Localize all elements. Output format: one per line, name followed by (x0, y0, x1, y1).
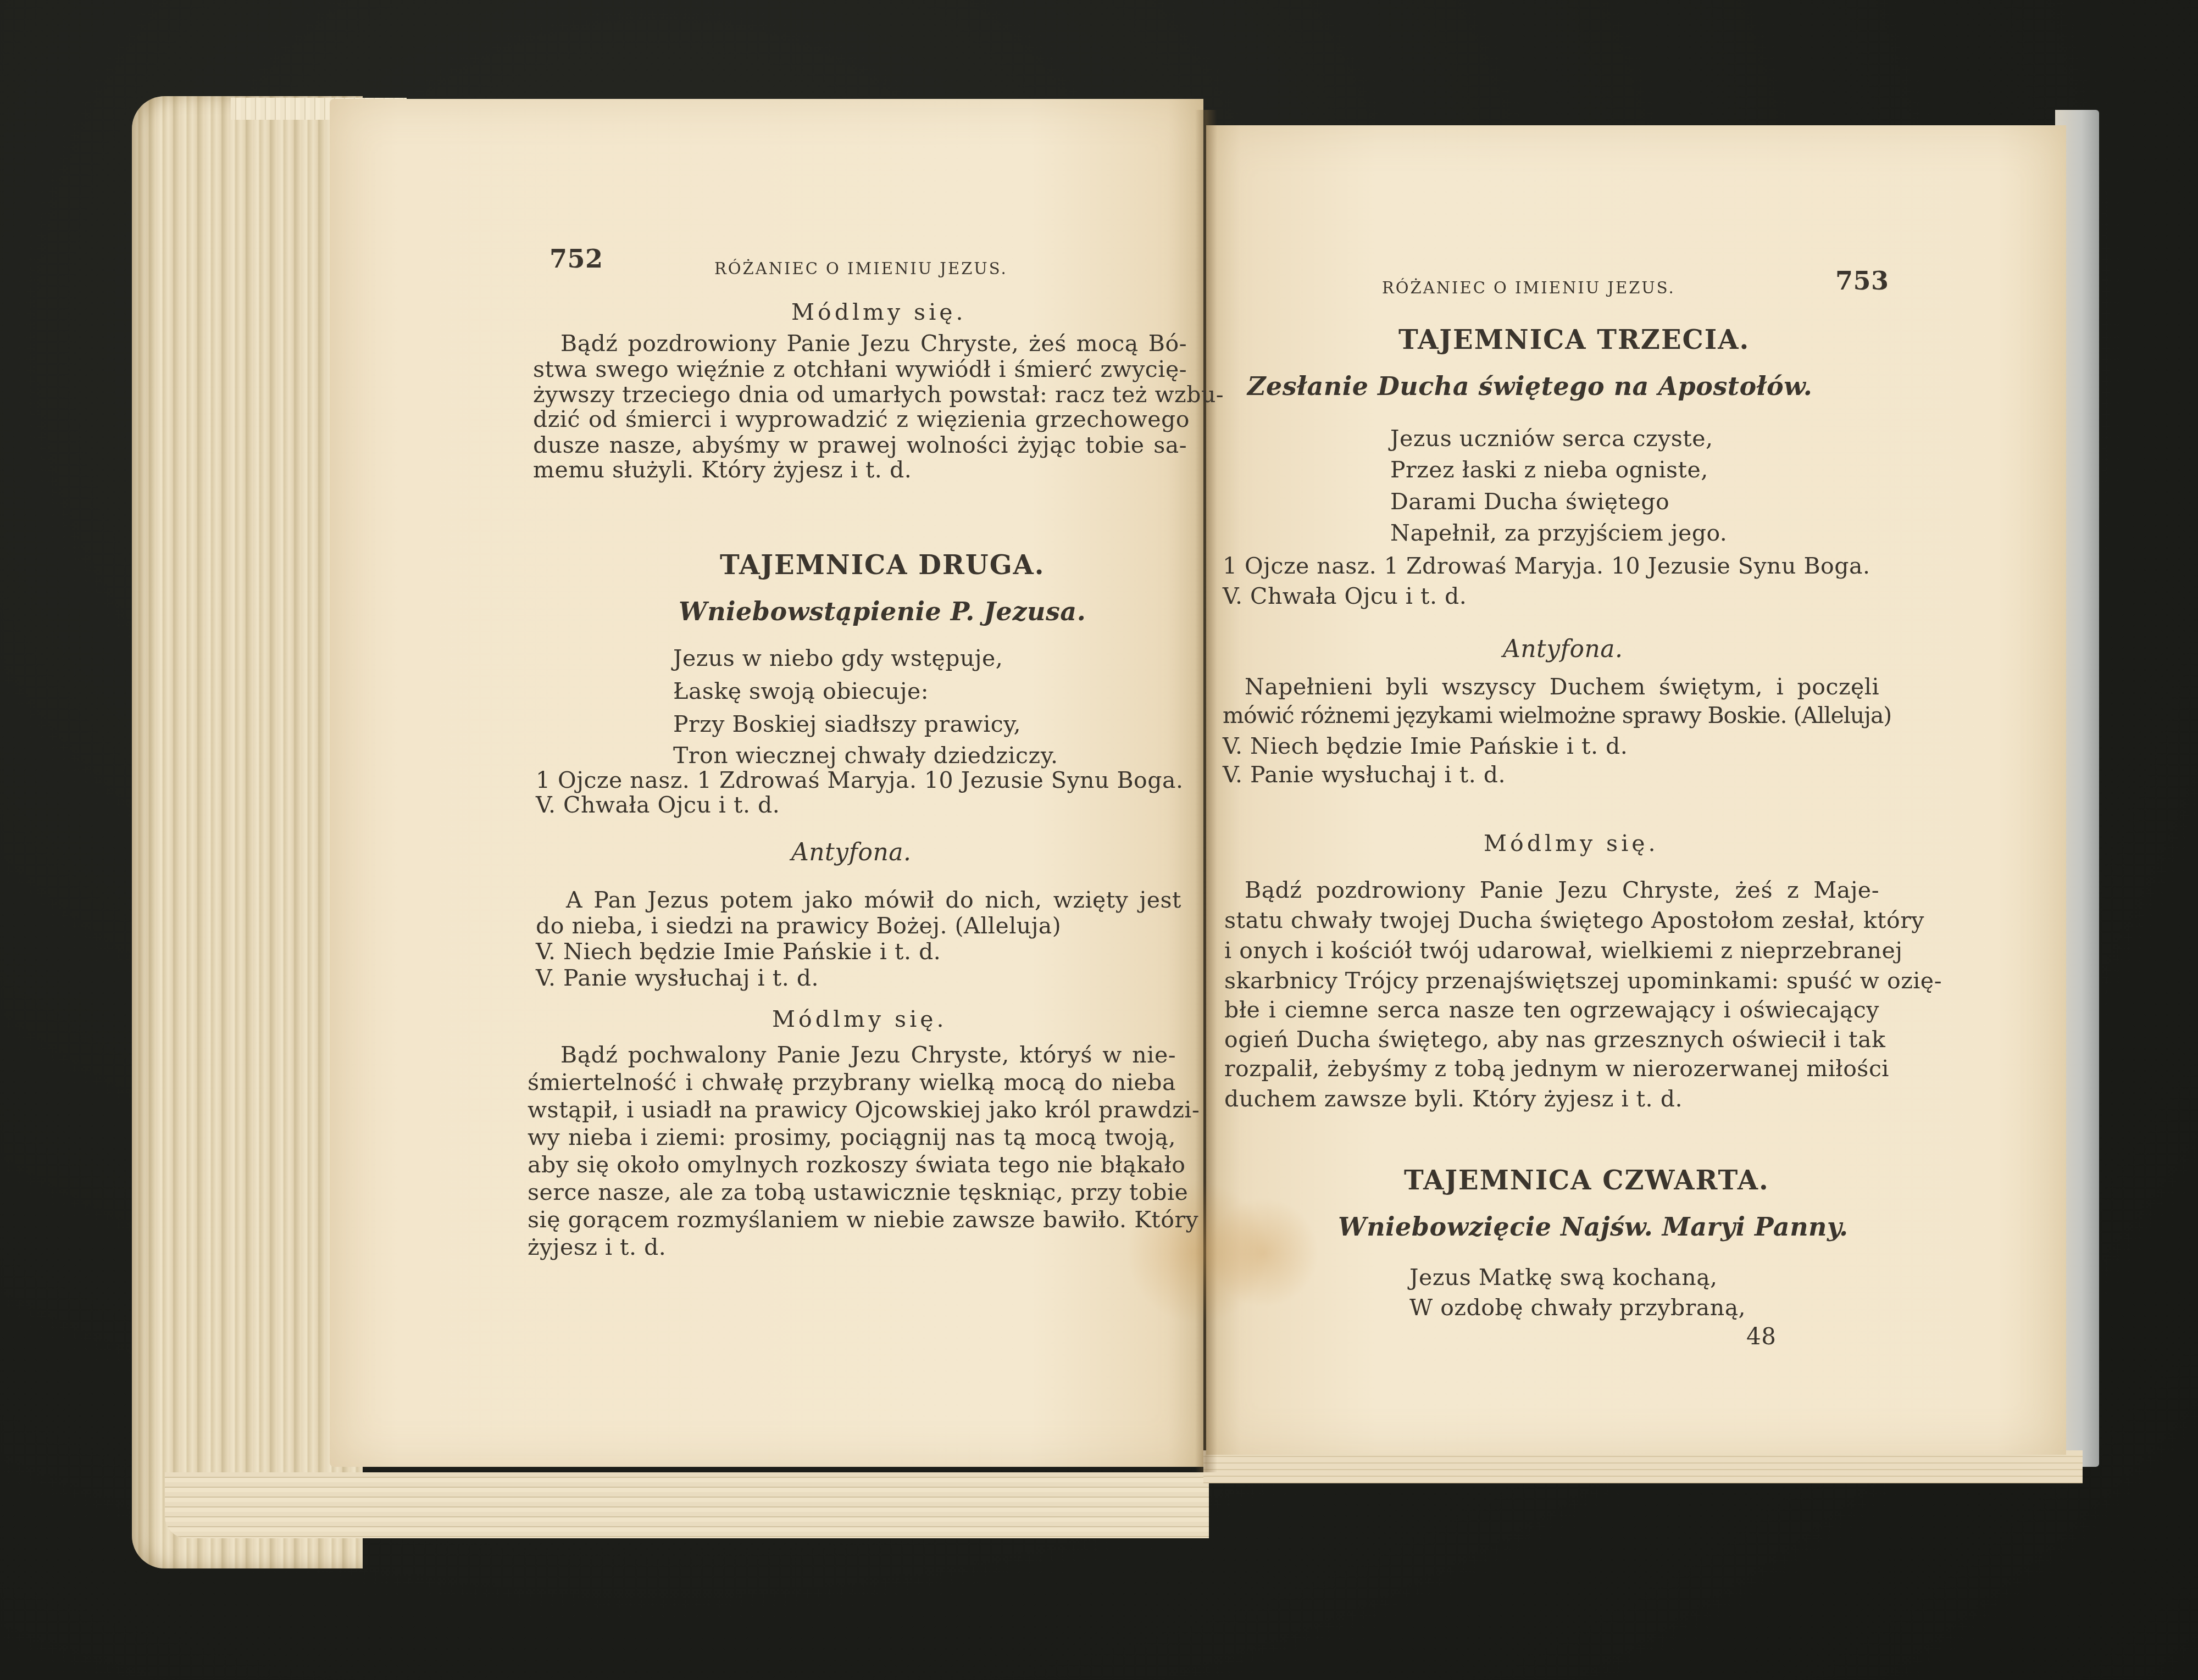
page-number-left: 752 (549, 246, 603, 271)
prayer-heading: Módlmy się. (791, 301, 967, 324)
running-header-right: RÓŻANIEC O IMIENIU JEZUS. (1382, 280, 1675, 296)
mystery-subtitle: Wniebowstąpienie P. Jezusa. (679, 599, 1086, 624)
prayer-line: memu służyli. Który żyjesz i t. d. (533, 459, 912, 481)
verse-line: Darami Ducha świętego (1390, 491, 1669, 513)
mystery-title: TAJEMNICA DRUGA. (720, 552, 1045, 578)
mystery-title: TAJEMNICA TRZECIA. (1398, 327, 1750, 353)
antiphon-line: Napełnieni byli wszyscy Duchem świętym, … (1245, 676, 1879, 698)
prayer-line: Bądź pozdrowiony Panie Jezu Chryste, żeś… (560, 332, 1187, 355)
prayer-line: rozpalił, żebyśmy z tobą jednym w nieroz… (1224, 1058, 1879, 1080)
versicle-line: V. Panie wysłuchaj i t. d. (1223, 764, 1506, 786)
running-header-left: RÓŻANIEC O IMIENIU JEZUS. (714, 261, 1008, 277)
prayer-heading: Módlmy się. (772, 1008, 947, 1031)
prayer-line: się gorącem rozmyślaniem w niebie zawsze… (528, 1209, 1176, 1231)
next-mystery-title: TAJEMNICA CZWARTA. (1404, 1167, 1769, 1194)
prayer-line: skarbnicy Trójcy przenajświętszej upomin… (1224, 970, 1879, 992)
antiphon-line: A Pan Jezus potem jako mówił do nich, wz… (566, 889, 1181, 911)
antiphon-heading: Antyfona. (1503, 637, 1623, 661)
prayer-line: dzić od śmierci i wyprowadzić z więzieni… (533, 408, 1190, 431)
right-page-stack-bottom-edge (1203, 1450, 2083, 1483)
versicle-line: V. Niech będzie Imie Pańskie i t. d. (536, 941, 941, 963)
prayer-line: ogień Ducha świętego, aby nas grzesznych… (1224, 1028, 1879, 1051)
verse-line: Jezus w niebo gdy wstępuje, (673, 647, 1003, 670)
prayer-line: dusze nasze, abyśmy w prawej wolności ży… (533, 434, 1187, 457)
left-page-stack-fore-edge (132, 96, 363, 1568)
verse-line: Jezus uczniów serca czyste, (1390, 427, 1713, 450)
antiphon-line: do nieba, i siedzi na prawicy Bożej. (Al… (536, 915, 1061, 937)
page-number-right: 753 (1835, 268, 1889, 293)
verse-line: Przy Boskiej siadłszy prawicy, (673, 713, 1021, 736)
prayer-line: statu chwały twojej Ducha świętego Apost… (1224, 909, 1879, 932)
prayer-line: stwa swego więźnie z otchłani wywiódł i … (533, 358, 1187, 381)
prayer-line: błe i ciemne serca nasze ten ogrzewający… (1224, 999, 1879, 1021)
prayer-line: śmiertelność i chwałę przybrany wielką m… (528, 1071, 1176, 1094)
prayer-line: i onych i kościół twój udarował, wielkie… (1224, 939, 1879, 962)
prayer-line: wy nieba i ziemi: prosimy, pociągnij nas… (528, 1126, 1176, 1149)
verse-line: Jezus Matkę swą kochaną, (1409, 1266, 1718, 1289)
prayer-line: serce nasze, ale za tobą ustawicznie tęs… (528, 1181, 1176, 1204)
left-page-stack-bottom-edge (165, 1472, 1209, 1538)
prayer-count-line: 1 Ojcze nasz. 1 Zdrowaś Maryja. 10 Jezus… (536, 769, 1184, 792)
prayer-count-line: 1 Ojcze nasz. 1 Zdrowaś Maryja. 10 Jezus… (1223, 555, 1870, 577)
verse-line: Tron wiecznej chwały dziedziczy. (673, 744, 1058, 767)
verse-line: Łaskę swoją obiecuje: (673, 680, 929, 703)
prayer-line: wstąpił, i usiadł na prawicy Ojcowskiej … (528, 1099, 1176, 1121)
prayer-line: Bądź pozdrowiony Panie Jezu Chryste, żeś… (1245, 879, 1879, 902)
prayer-line: żywszy trzeciego dnia od umarłych powsta… (533, 383, 1187, 406)
gloria-line: V. Chwała Ojcu i t. d. (1223, 585, 1467, 608)
versicle-line: V. Niech będzie Imie Pańskie i t. d. (1223, 735, 1628, 758)
foxing-stain (1209, 1198, 1319, 1308)
prayer-line: duchem zawsze byli. Który żyjesz i t. d. (1224, 1088, 1683, 1110)
prayer-line: aby się około omylnych rozkoszy świata t… (528, 1154, 1176, 1176)
next-mystery-subtitle: Wniebowzięcie Najśw. Maryi Panny. (1338, 1214, 1849, 1239)
prayer-line: żyjesz i t. d. (528, 1236, 666, 1259)
prayer-line: Bądź pochwalony Panie Jezu Chryste, któr… (560, 1044, 1176, 1066)
versicle-line: V. Panie wysłuchaj i t. d. (536, 967, 819, 989)
gloria-line: V. Chwała Ojcu i t. d. (536, 794, 780, 816)
prayer-heading: Módlmy się. (1484, 832, 1659, 855)
signature-mark: 48 (1746, 1325, 1776, 1348)
antiphon-line: mówić różnemi językami wielmożne sprawy … (1223, 704, 1882, 727)
verse-line: W ozdobę chwały przybraną, (1409, 1297, 1746, 1319)
antiphon-heading: Antyfona. (791, 841, 911, 865)
verse-line: Napełnił, za przyjściem jego. (1390, 522, 1727, 544)
verse-line: Przez łaski z nieba ogniste, (1390, 459, 1708, 481)
mystery-subtitle: Zesłanie Ducha świętego na Apostołów. (1247, 374, 1812, 399)
